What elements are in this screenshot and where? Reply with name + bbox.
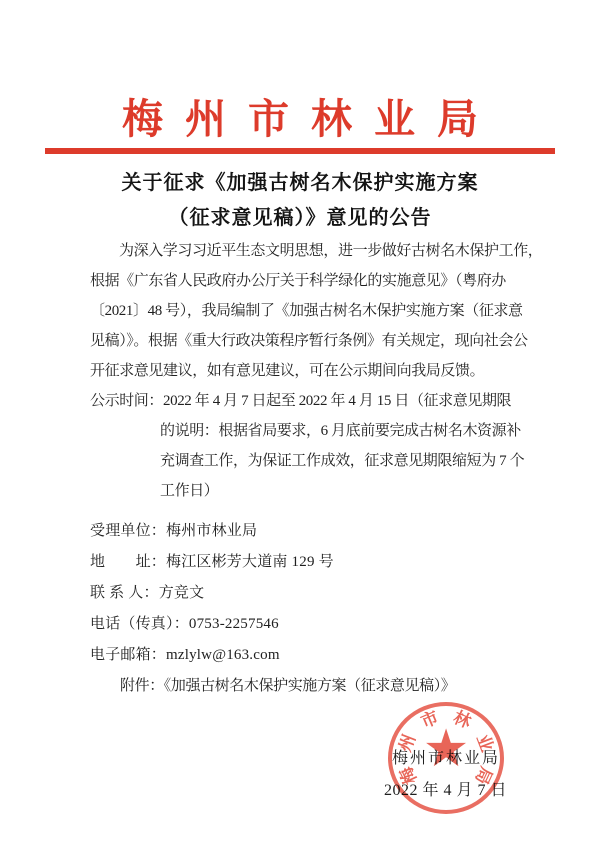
body-line-notice-period: 工作日） <box>90 476 518 506</box>
body-line: 为深入学习习近平生态文明思想，进一步做好古树名木保护工作， <box>90 236 518 266</box>
letterhead-org-name: 梅州市林业局 <box>0 86 600 145</box>
contact-accepting-unit: 受理单位：梅州市林业局 <box>90 516 530 547</box>
attachment-line: 附件：《加强古树名木保护实施方案（征求意见稿）》 <box>90 671 530 702</box>
notice-title: 关于征求《加强古树名木保护实施方案 （征求意见稿）》意见的公告 <box>0 166 600 236</box>
document-page: 梅州市林业局 关于征求《加强古树名木保护实施方案 （征求意见稿）》意见的公告 为… <box>0 0 600 848</box>
body-line: 见稿）》。根据《重大行政决策程序暂行条例》有关规定，现向社会公 <box>90 326 518 356</box>
letterhead-double-rule <box>45 148 555 154</box>
body-line: 根据《广东省人民政府办公厅关于科学绿化的实施意见》（粤府办 <box>90 266 518 296</box>
contact-block: 受理单位：梅州市林业局 地 址：梅江区彬芳大道南 129 号 联 系 人：方竞文… <box>90 516 530 702</box>
notice-body: 为深入学习习近平生态文明思想，进一步做好古树名木保护工作， 根据《广东省人民政府… <box>90 236 518 506</box>
body-line: 〔2021〕48 号），我局编制了《加强古树名木保护实施方案（征求意 <box>90 296 518 326</box>
contact-phone-fax: 电话（传真）：0753-2257546 <box>90 609 530 640</box>
signature-date: 2022 年 4 月 7 日 <box>384 777 507 800</box>
contact-address: 地 址：梅江区彬芳大道南 129 号 <box>90 547 530 578</box>
notice-title-line2: （征求意见稿）》意见的公告 <box>0 201 600 236</box>
body-line: 开征求意见建议，如有意见建议，可在公示期间向我局反馈。 <box>90 356 518 386</box>
body-line-notice-period: 充调查工作，为保证工作成效，征求意见期限缩短为 7 个 <box>90 446 518 476</box>
body-line-notice-period: 公示时间：2022 年 4 月 7 日起至 2022 年 4 月 15 日（征求… <box>90 386 518 416</box>
body-line-notice-period: 的说明：根据省局要求，6 月底前要完成古树名木资源补 <box>90 416 518 446</box>
contact-email: 电子邮箱：mzlylw@163.com <box>90 640 530 671</box>
signature-org-name: 梅州市林业局 <box>392 745 500 768</box>
seal-arc-char: 市 <box>418 708 442 732</box>
contact-person: 联 系 人：方竞文 <box>90 578 530 609</box>
seal-arc-char: 林 <box>450 708 474 732</box>
notice-title-line1: 关于征求《加强古树名木保护实施方案 <box>0 166 600 201</box>
